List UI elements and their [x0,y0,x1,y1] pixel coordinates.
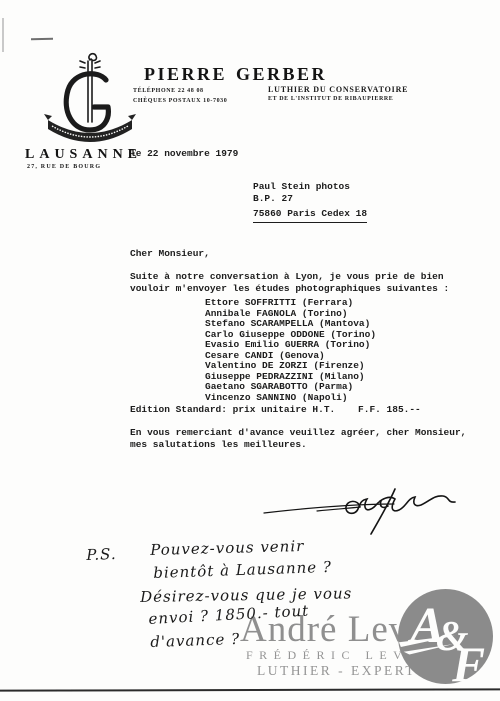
list-item: Valentino DE ZORZI (Firenze) [205,361,376,372]
list-item: Vincenzo SANNINO (Napoli) [205,393,376,404]
recipient-city: 75860 Paris Cedex 18 [253,208,367,223]
letter-date: le 22 novembre 1979 [130,148,238,161]
bottom-border-line [0,688,500,691]
ps-label: P.S. [86,545,117,564]
intro-line-1: Suite à notre conversation à Lyon, je vo… [130,271,444,284]
scan-artifact-edge [2,18,4,52]
intro-line-2: vouloir m'envoyer les études photographi… [130,283,449,296]
list-item: Stefano SCARAMPELLA (Mantova) [205,319,376,330]
watermark-tagline: LUTHIER - EXPERT [257,663,416,679]
closing-line-1: En vous remerciant d'avance veuillez agr… [130,427,466,440]
list-item: Evasio Emilio GUERRA (Torino) [205,340,376,351]
luthier-list: Ettore SOFFRITTI (Ferrara) Annibale FAGN… [205,298,376,403]
letterhead-street: 27, RUE DE BOURG [27,164,101,170]
af-monogram-icon: A & F [398,589,493,684]
letterhead-title-line2: ET DE L'INSTITUT DE RIBAUPIERRE [268,96,393,102]
recipient-name: Paul Stein photos [253,181,350,194]
salutation: Cher Monsieur, [130,248,210,261]
letterhead-postal: CHÈQUES POSTAUX 10-7030 [133,98,227,104]
violin-lyre-logo-icon [44,50,136,152]
watermark-subtitle: FRÉDÉRIC LEVI [246,648,419,663]
svg-text:F: F [451,637,485,684]
signature [262,486,462,538]
ps-line-3: Désirez-vous que je vous [140,584,352,606]
ps-line-5: d'avance ? [150,630,240,651]
price-line: Edition Standard: prix unitaire H.T. F.F… [130,404,421,417]
closing-line-2: mes salutations les meilleures. [130,439,307,452]
ps-line-1: Pouvez-vous venir [150,537,305,559]
letterhead-title-line1: LUTHIER DU CONSERVATOIRE [268,85,408,94]
list-item: Gaetano SGARABOTTO (Parma) [205,382,376,393]
letterhead-name: Pierre Gerber [144,57,327,87]
letterhead-phone: TÉLÉPHONE 22 48 08 [133,88,204,94]
scan-artifact-dash [31,38,53,40]
letter-document-scan: Pierre Gerber TÉLÉPHONE 22 48 08 CHÈQUES… [0,0,500,701]
list-item: Ettore SOFFRITTI (Ferrara) [205,298,376,309]
letterhead-city: LAUSANNE [25,147,142,163]
ps-line-2: bientôt à Lausanne ? [153,558,332,582]
recipient-box: B.P. 27 [253,193,293,206]
